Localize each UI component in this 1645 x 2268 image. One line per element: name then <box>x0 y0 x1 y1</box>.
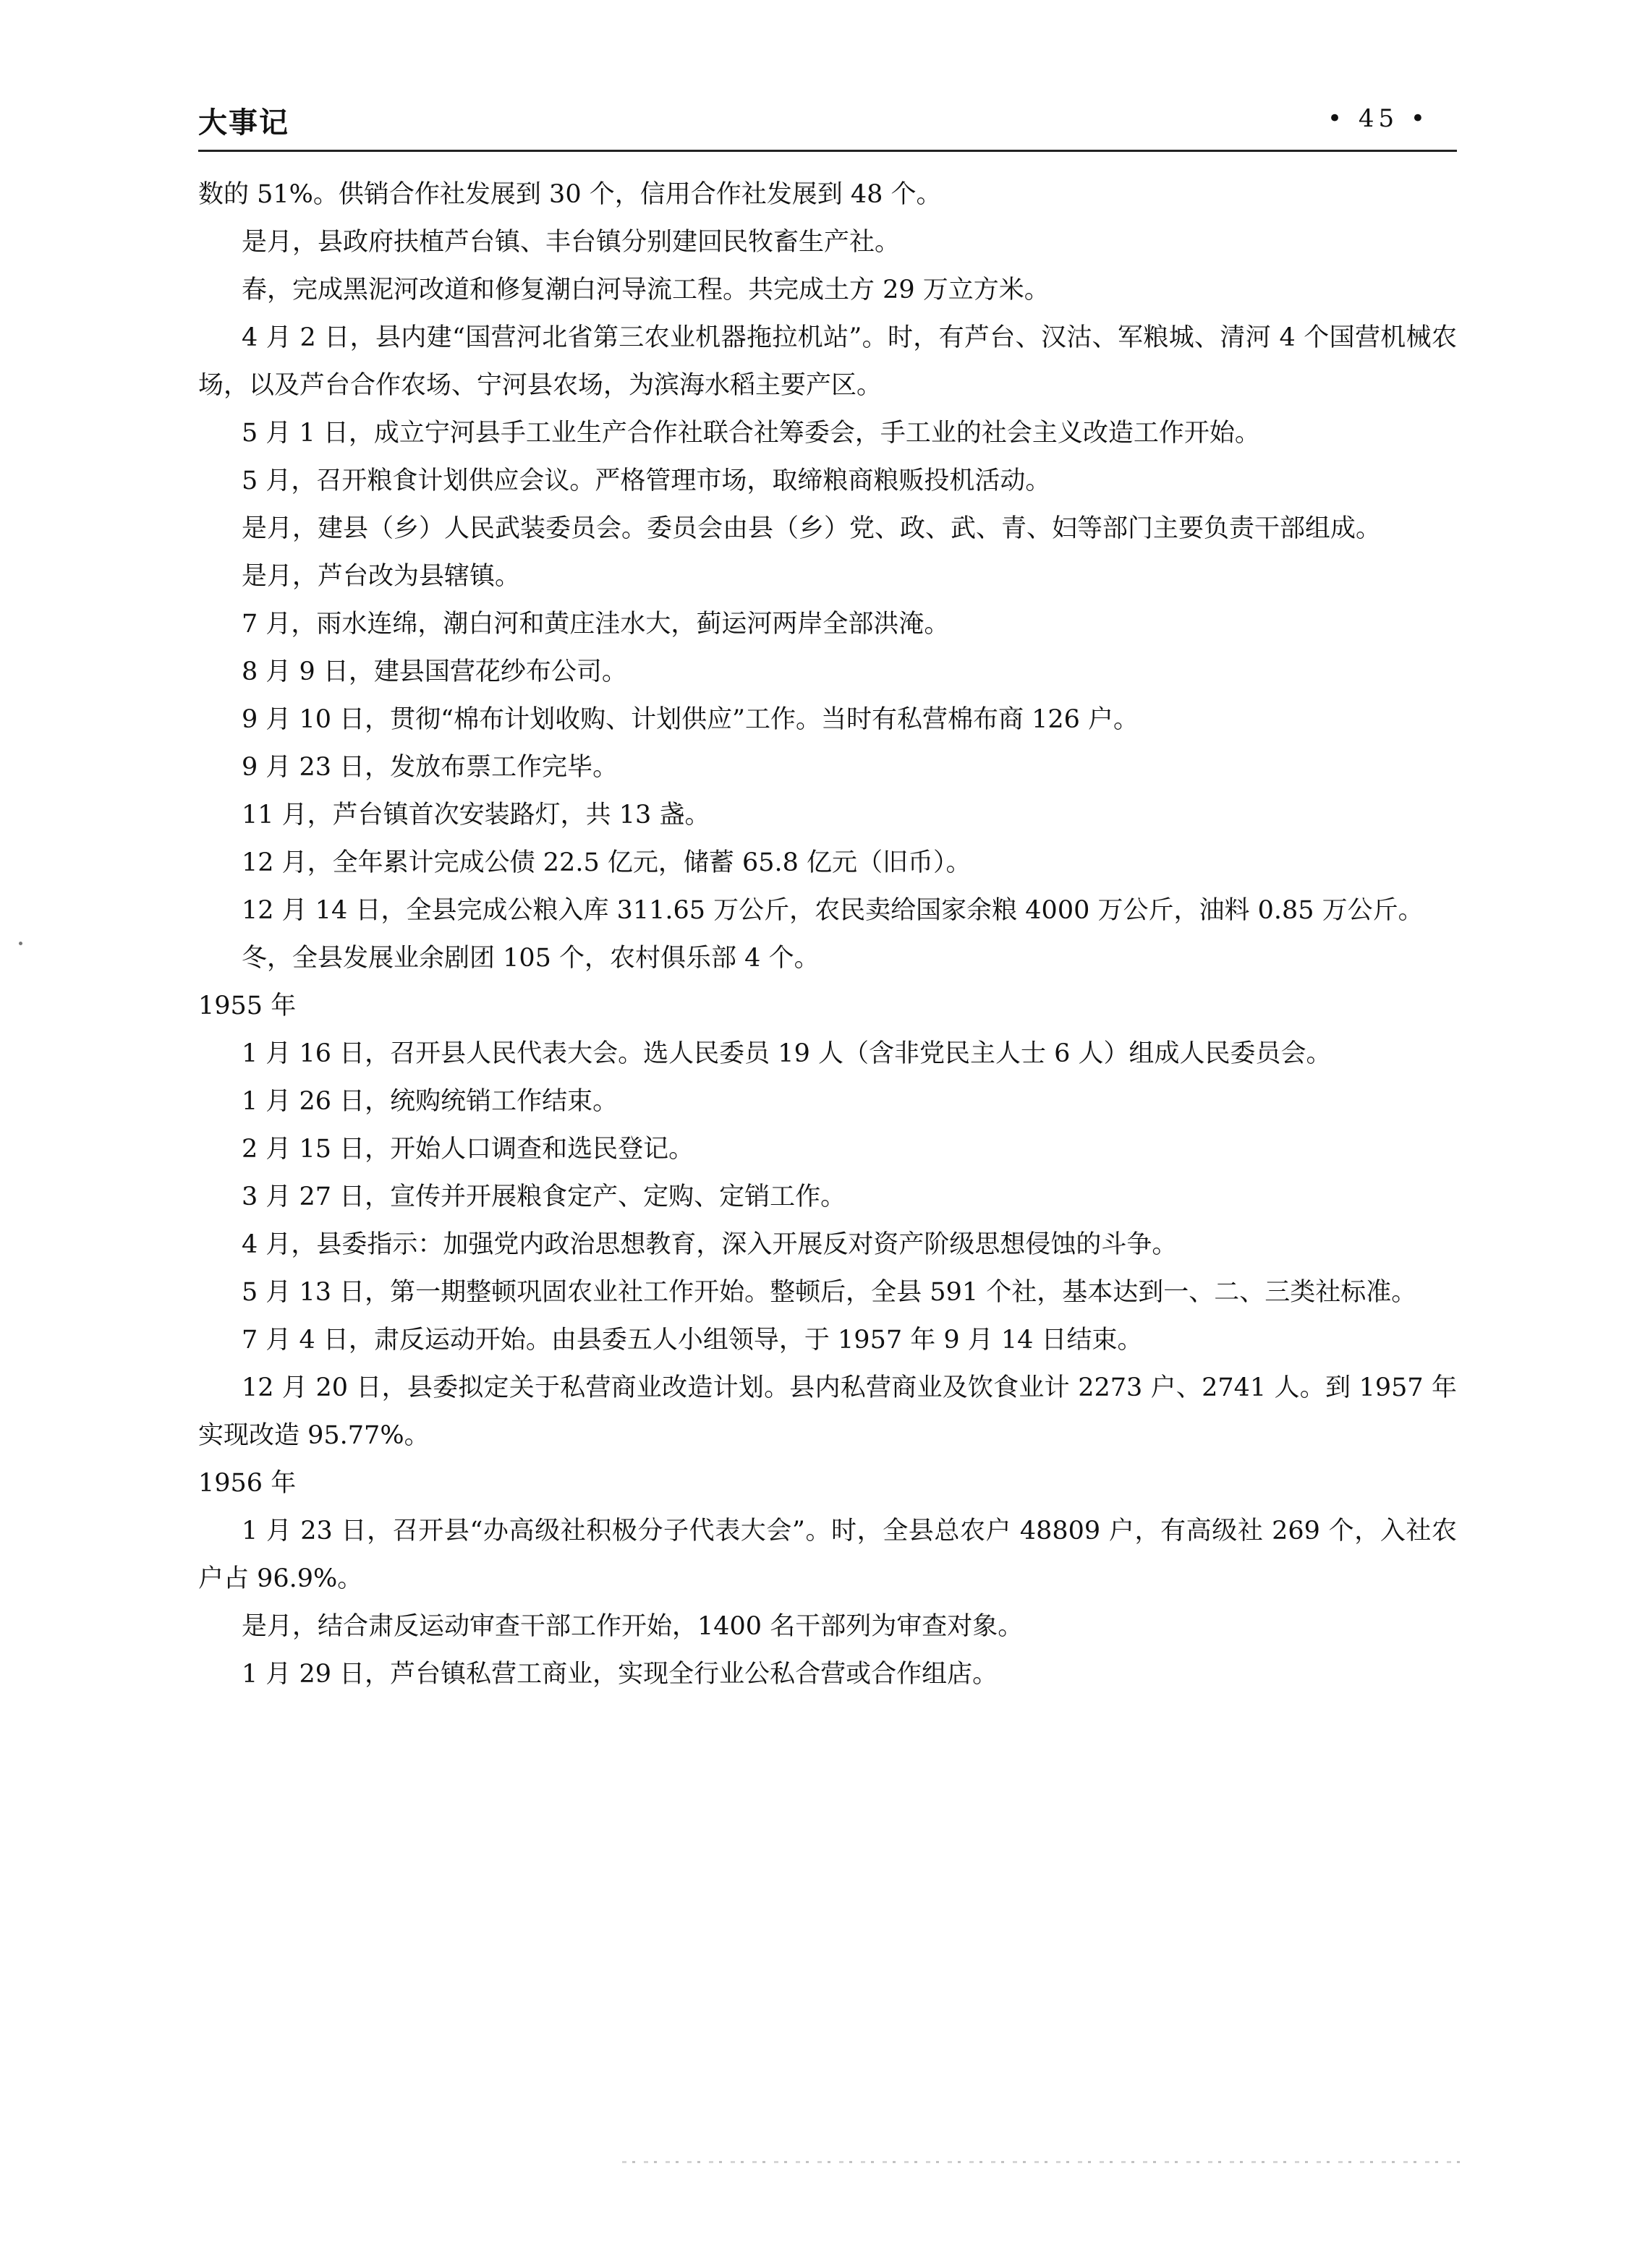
paragraph: 5 月 13 日，第一期整顿巩固农业社工作开始。整顿后，全县 591 个社，基本… <box>198 1269 1457 1316</box>
year-heading-1956: 1956 年 <box>198 1459 1457 1507</box>
paragraph: 1 月 26 日，统购统销工作结束。 <box>198 1078 1457 1125</box>
paragraph: 11 月，芦台镇首次安装路灯，共 13 盏。 <box>198 791 1457 839</box>
paragraph: 12 月 20 日，县委拟定关于私营商业改造计划。县内私营商业及饮食业计 227… <box>198 1364 1457 1459</box>
paragraph: 5 月 1 日，成立宁河县手工业生产合作社联合社筹委会，手工业的社会主义改造工作… <box>198 409 1457 457</box>
paragraph: 12 月 14 日，全县完成公粮入库 311.65 万公斤，农民卖给国家余粮 4… <box>198 887 1457 934</box>
paragraph: 1 月 23 日，召开县“办高级社积极分子代表大会”。时，全县总农户 48809… <box>198 1507 1457 1603</box>
paragraph: 7 月 4 日，肃反运动开始。由县委五人小组领导，于 1957 年 9 月 14… <box>198 1316 1457 1364</box>
running-header: 大事记 • 45 • <box>198 100 1457 143</box>
paragraph: 是月，建县（乡）人民武装委员会。委员会由县（乡）党、政、武、青、妇等部门主要负责… <box>198 505 1457 553</box>
document-page: 大事记 • 45 • 数的 51%。供销合作社发展到 30 个，信用合作社发展到… <box>0 0 1645 2268</box>
paragraph: 1 月 29 日，芦台镇私营工商业，实现全行业公私合营或合作组店。 <box>198 1650 1457 1698</box>
page-number: • 45 • <box>1327 104 1429 133</box>
paragraph: 是月，结合肃反运动审查干部工作开始，1400 名干部列为审查对象。 <box>198 1603 1457 1650</box>
paragraph: 是月，芦台改为县辖镇。 <box>198 553 1457 600</box>
scan-speck <box>19 942 22 945</box>
paragraph: 12 月，全年累计完成公债 22.5 亿元，储蓄 65.8 亿元（旧币）。 <box>198 839 1457 887</box>
paragraph: 4 月 2 日，县内建“国营河北省第三农业机器拖拉机站”。时，有芦台、汉沽、军粮… <box>198 314 1457 409</box>
paragraph: 冬，全县发展业余剧团 105 个，农村俱乐部 4 个。 <box>198 934 1457 982</box>
paragraph: 9 月 23 日，发放布票工作完毕。 <box>198 743 1457 791</box>
paragraph: 5 月，召开粮食计划供应会议。严格管理市场，取缔粮商粮贩投机活动。 <box>198 457 1457 505</box>
paragraph: 7 月，雨水连绵，潮白河和黄庄洼水大，蓟运河两岸全部洪淹。 <box>198 600 1457 648</box>
paragraph: 9 月 10 日，贯彻“棉布计划收购、计划供应”工作。当时有私营棉布商 126 … <box>198 696 1457 743</box>
paragraph: 3 月 27 日，宣传并开展粮食定产、定购、定销工作。 <box>198 1173 1457 1221</box>
section-title: 大事记 <box>198 100 289 141</box>
header-rule <box>198 150 1457 152</box>
paragraph: 2 月 15 日，开始人口调查和选民登记。 <box>198 1125 1457 1173</box>
scan-artifact-line <box>622 2161 1461 2163</box>
chronicle-body: 数的 51%。供销合作社发展到 30 个，信用合作社发展到 48 个。 是月，县… <box>198 171 1457 1698</box>
year-heading-1955: 1955 年 <box>198 982 1457 1030</box>
paragraph: 1 月 16 日，召开县人民代表大会。选人民委员 19 人（含非党民主人士 6 … <box>198 1030 1457 1078</box>
paragraph: 是月，县政府扶植芦台镇、丰台镇分别建回民牧畜生产社。 <box>198 218 1457 266</box>
paragraph: 数的 51%。供销合作社发展到 30 个，信用合作社发展到 48 个。 <box>198 171 1457 218</box>
paragraph: 春，完成黑泥河改道和修复潮白河导流工程。共完成土方 29 万立方米。 <box>198 266 1457 314</box>
paragraph: 4 月，县委指示：加强党内政治思想教育，深入开展反对资产阶级思想侵蚀的斗争。 <box>198 1221 1457 1269</box>
paragraph: 8 月 9 日，建县国营花纱布公司。 <box>198 648 1457 696</box>
